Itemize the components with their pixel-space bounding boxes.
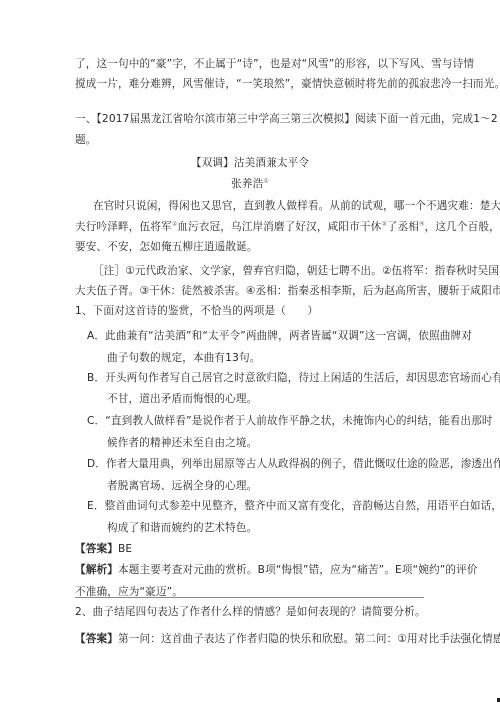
analysis-1: 【解析】本题主要考查对元曲的赏析。B项“悔恨”错，应为“痛苦”。E项“婉约”的评… bbox=[75, 563, 478, 577]
poem-text: 血污衣冠，乌江岸消磨了好汉，咸阳市干休 bbox=[177, 221, 381, 233]
question-2-stem: 2、曲子结尾四句表达了作者什么样的情感？是如何表现的？请简要分析。 bbox=[75, 605, 426, 619]
poem-text: 了丞相 bbox=[387, 221, 419, 233]
footnote-marker: ① bbox=[263, 177, 269, 184]
section-heading: 一、【2017届黑龙江省哈尔滨市第三中学高三第三次模拟】阅读下面一首元曲，完成1… bbox=[75, 112, 498, 126]
answer-2: 【答案】第一问：这首曲子表达了作者归隐的快乐和欣慰。第二问：①用对比手法强化情感… bbox=[75, 632, 500, 646]
poem-line: 要安、不安，怎如俺五柳庄逍遥散诞。 bbox=[75, 240, 258, 254]
poem-title: 【双调】沽美酒兼太平令 bbox=[0, 156, 500, 170]
option-a: A．此曲兼有“沽美酒”和“太平令”两曲牌，两者皆属“双调”这一宫调，依照曲牌对 bbox=[87, 329, 472, 343]
section-heading-continued: 题。 bbox=[75, 133, 97, 147]
answer-value: BE bbox=[118, 543, 132, 555]
option-b-continued: 不甘，道出矛盾而悔恨的心理。 bbox=[107, 392, 257, 406]
poem-author-name: 张养浩 bbox=[231, 178, 263, 190]
answer-text: 第一问：这首曲子表达了作者归隐的快乐和欣慰。第二问：①用对比手法强化情感。 bbox=[118, 633, 500, 645]
option-c-continued: 候作者的精神还未至自由之境。 bbox=[107, 436, 257, 450]
analysis-text: 本题主要考查对元曲的赏析。B项“悔恨”错，应为“痛苦”。E项“婉约”的评价 bbox=[118, 564, 478, 576]
paragraph-line: 了，这一句中的“豪”字，不止属于“诗”，也是对“风雪”的形容，以下写风、雪与诗情 bbox=[75, 57, 474, 71]
option-c: C．“直到教人做样看”是说作者于人前故作平静之状，未掩饰内心的纠结，能看出那时 bbox=[87, 414, 493, 428]
option-e: E．整首曲词句式参差中见整齐，整齐中而又富有变化，音韵畅达自然，用语平白如话， bbox=[87, 499, 500, 513]
option-e-continued: 构成了和谐而婉约的艺术特色。 bbox=[107, 521, 257, 535]
answer-1: 【答案】BE bbox=[75, 542, 132, 556]
answer-blank-line-1 bbox=[75, 597, 424, 598]
option-d: D．作者大量用典，列举出屈原等古人从政得祸的例子，借此慨叹仕途的险恶，渗透出作 bbox=[87, 457, 500, 471]
poem-author: 张养浩① bbox=[0, 177, 500, 191]
poem-line: 在官时只说闲，得闲也又思官，直到教人做样看。从前的试观，哪一个不遇灾难：楚大 bbox=[93, 199, 500, 213]
document-page: 了，这一句中的“豪”字，不止属于“诗”，也是对“风雪”的形容，以下写风、雪与诗情… bbox=[0, 0, 500, 707]
poem-text: ，这几个百般， bbox=[425, 221, 500, 233]
notes-line: ［注］①元代政治家、文学家，曾弃官归隐，朝廷七聘不出。②伍将军：指春秋时吴国 bbox=[93, 264, 499, 278]
paragraph-line: 搅成一片，难分难辨，风雪催诗，“一笑琅然”，豪情快意顿时将先前的孤寂悲冷一扫而光… bbox=[75, 77, 500, 91]
answer-label: 【答案】 bbox=[75, 543, 118, 555]
poem-text: 夫行吟泽畔，伍将军 bbox=[75, 221, 172, 233]
question-1-stem: 1、下面对这首诗的鉴赏，不恰当的两项是（ ） bbox=[75, 304, 318, 318]
option-a-continued: 曲子句数的规定，本曲有13句。 bbox=[107, 351, 260, 365]
answer-label: 【答案】 bbox=[75, 633, 118, 645]
option-b: B．开头两句作者写自己居官之时意欲归隐，待过上闲适的生活后，却因思恋官场而心有 bbox=[87, 371, 500, 385]
poem-line: 夫行吟泽畔，伍将军②血污衣冠，乌江岸消磨了好汉，咸阳市干休③了丞相④，这几个百般… bbox=[75, 220, 500, 234]
analysis-label: 【解析】 bbox=[75, 564, 118, 576]
notes-line: 大夫伍子胥。③干休：徒然被杀害。④丞相：指秦丞相李斯，后为赵高所害，腰斩于咸阳市… bbox=[75, 284, 500, 298]
option-d-continued: 者脱离官场、远祸全身的心理。 bbox=[107, 479, 257, 493]
